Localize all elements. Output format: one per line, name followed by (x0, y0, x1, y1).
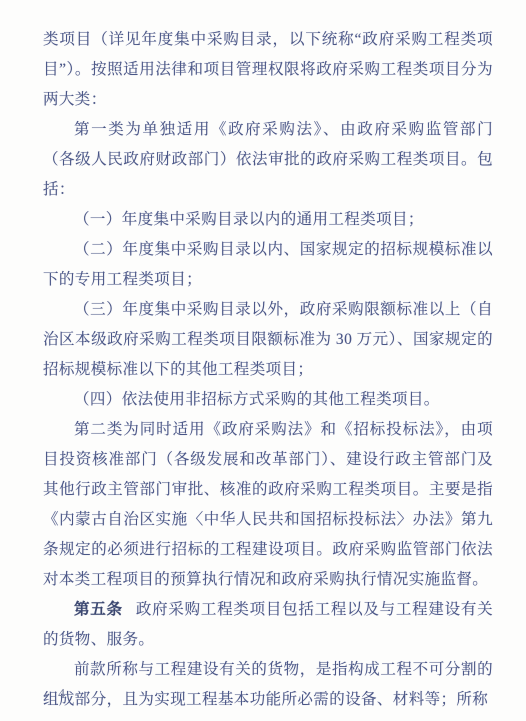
document-body: 类项目（详见年度集中采购目录，以下统称“政府采购工程类项目”）。按照适用法律和项… (43, 25, 493, 715)
paragraph-item-2: （二）年度集中采购目录以内、国家规定的招标规模标准以下的专用工程类项目； (43, 235, 493, 295)
article-5-number: 第五条 (74, 601, 123, 618)
paragraph-goods-definition: 前款所称与工程建设有关的货物，是指构成工程不可分割的组成部分，且为实现工程基本功… (43, 655, 493, 715)
paragraph-item-1: （一）年度集中采购目录以内的通用工程类项目； (43, 205, 493, 235)
page-number: - 4 - (44, 686, 82, 704)
paragraph-item-3: （三）年度集中采购目录以外，政府采购限额标准以上（自治区本级政府采购工程类项目限… (43, 295, 493, 385)
document-page: 类项目（详见年度集中采购目录，以下统称“政府采购工程类项目”）。按照适用法律和项… (0, 0, 526, 721)
paragraph-item-4: （四）依法使用非招标方式采购的其他工程类项目。 (43, 385, 493, 415)
paragraph-category-1: 第一类为单独适用《政府采购法》、由政府采购监管部门（各级人民政府财政部门）依法审… (43, 115, 493, 205)
paragraph-category-2: 第二类为同时适用《政府采购法》和《招标投标法》，由项目投资核准部门（各级发展和改… (43, 415, 493, 595)
paragraph-continuation: 类项目（详见年度集中采购目录，以下统称“政府采购工程类项目”）。按照适用法律和项… (43, 25, 493, 115)
paragraph-article-5: 第五条政府采购工程类项目包括工程以及与工程建设有关的货物、服务。 (43, 595, 493, 655)
